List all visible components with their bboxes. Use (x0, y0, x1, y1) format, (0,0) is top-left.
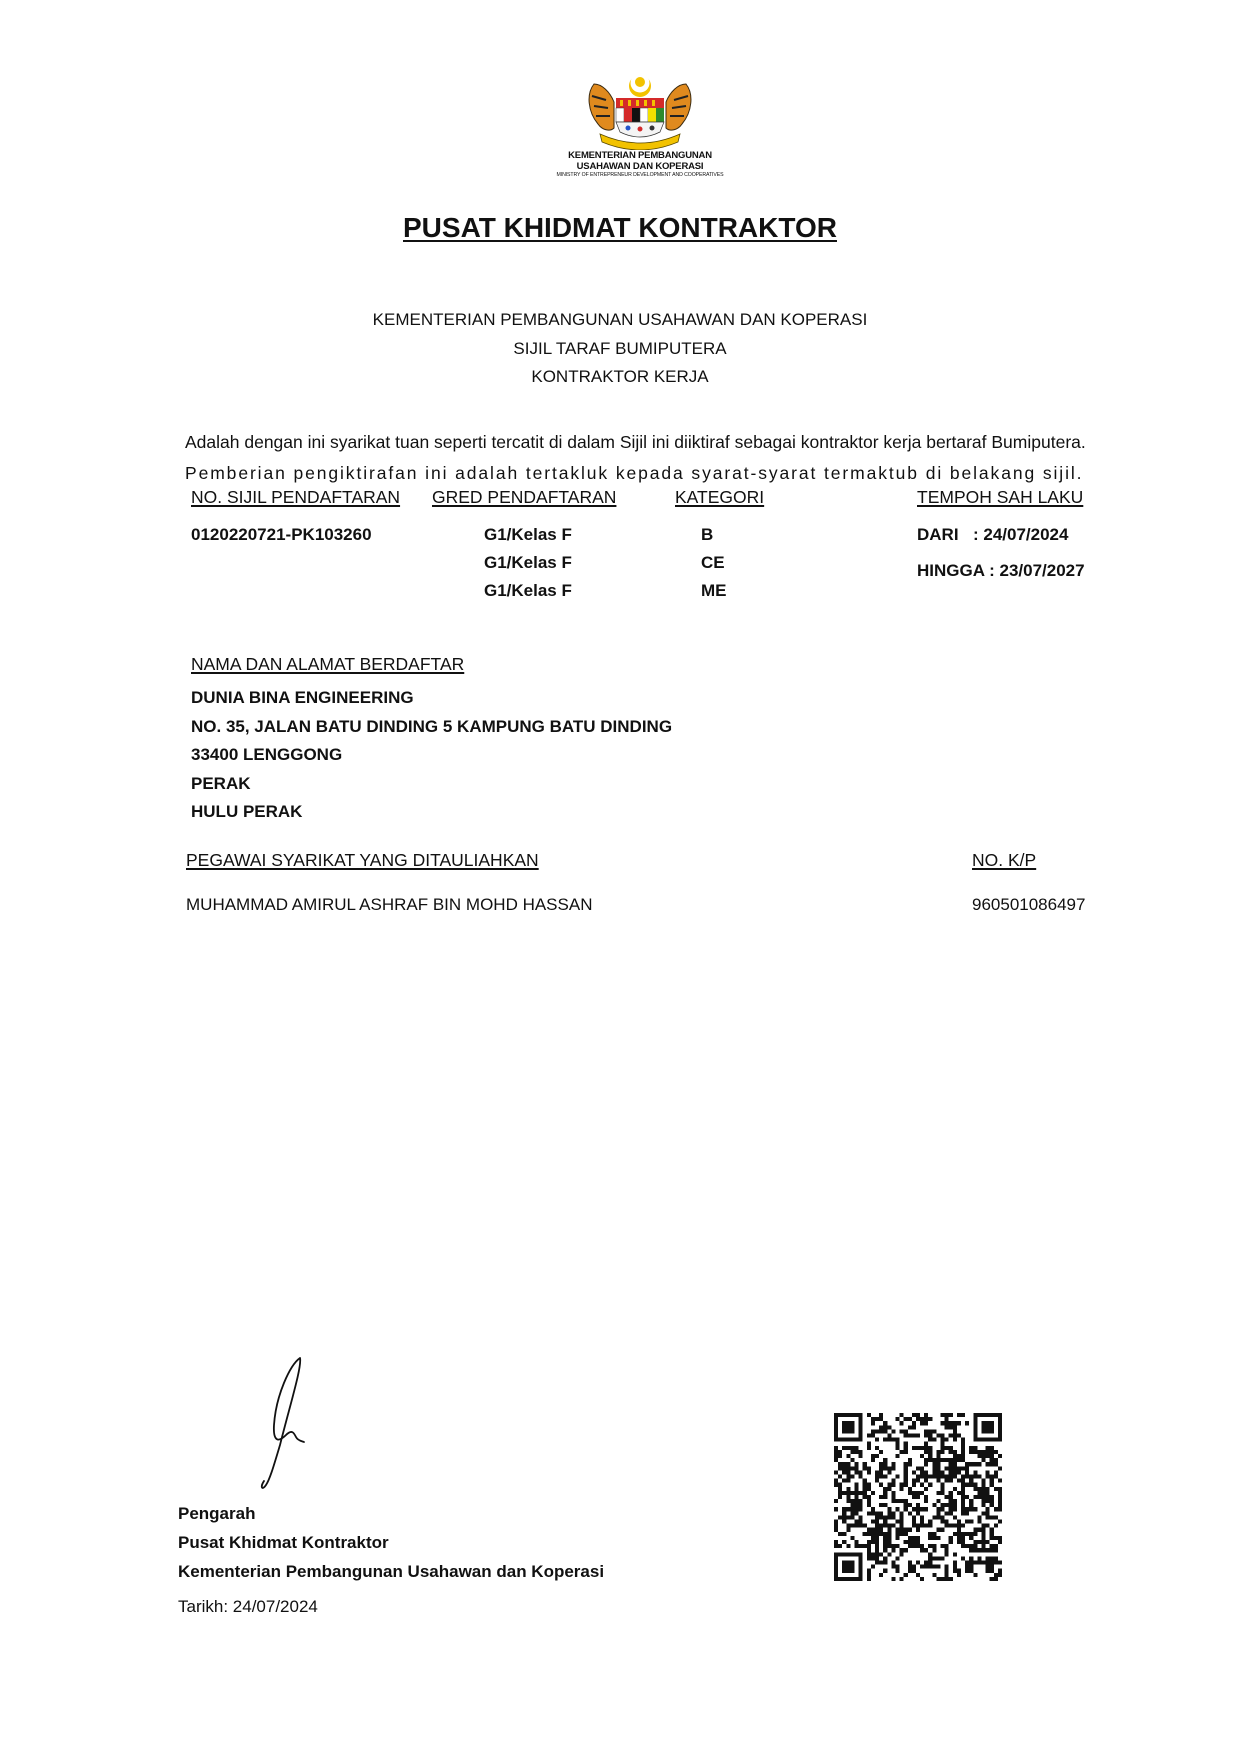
contractor-type: KONTRAKTOR KERJA (0, 363, 1240, 392)
signatory-title: Pengarah (178, 1499, 604, 1528)
qr-code-icon (834, 1413, 1002, 1581)
officer-name: MUHAMMAD AMIRUL ASHRAF BIN MOHD HASSAN (186, 895, 592, 915)
ministry-name: KEMENTERIAN PEMBANGUNAN USAHAWAN DAN KOP… (0, 306, 1240, 335)
validity-from-label: DARI (917, 525, 973, 545)
coat-of-arms-icon (580, 72, 700, 150)
category-item: ME (701, 577, 727, 605)
address-header: NAMA DAN ALAMAT BERDAFTAR (191, 654, 464, 675)
company-name: DUNIA BINA ENGINEERING (191, 684, 672, 713)
validity-from-value: : 24/07/2024 (973, 525, 1068, 544)
ministry-logo: KEMENTERIAN PEMBANGUNAN USAHAWAN DAN KOP… (540, 72, 740, 197)
grade-item: G1/Kelas F (484, 577, 572, 605)
logo-ministry-english: MINISTRY OF ENTREPRENEUR DEVELOPMENT AND… (540, 172, 740, 179)
validity-to-value: : 23/07/2027 (989, 561, 1084, 580)
issue-date: Tarikh: 24/07/2024 (178, 1597, 318, 1617)
signatory-department: Pusat Khidmat Kontraktor (178, 1528, 604, 1557)
certificate-heading: KEMENTERIAN PEMBANGUNAN USAHAWAN DAN KOP… (0, 306, 1240, 392)
signature-icon (240, 1355, 320, 1495)
certificate-name: SIJIL TARAF BUMIPUTERA (0, 335, 1240, 364)
category-item: CE (701, 549, 727, 577)
officer-header: PEGAWAI SYARIKAT YANG DITAULIAHKAN (186, 850, 539, 871)
address-line: NO. 35, JALAN BATU DINDING 5 KAMPUNG BAT… (191, 713, 672, 742)
category-list: B CE ME (701, 521, 727, 605)
intro-line-2: Pemberian pengiktirafan ini adalah terta… (185, 458, 1170, 489)
ic-number: 960501086497 (972, 895, 1085, 915)
ic-header: NO. K/P (972, 850, 1036, 871)
address-block: DUNIA BINA ENGINEERING NO. 35, JALAN BAT… (191, 684, 672, 827)
validity-to-label: HINGGA (917, 561, 984, 580)
logo-ministry-line2: USAHAWAN DAN KOPERASI (540, 161, 740, 172)
intro-paragraph: Adalah dengan ini syarikat tuan seperti … (185, 427, 1170, 489)
validity-to: HINGGA : 23/07/2027 (917, 561, 1085, 581)
category-header: KATEGORI (675, 487, 764, 508)
grade-item: G1/Kelas F (484, 521, 572, 549)
page-title: PUSAT KHIDMAT KONTRAKTOR (0, 212, 1240, 244)
cert-no-value: 0120220721-PK103260 (191, 525, 372, 545)
address-line: PERAK (191, 770, 672, 799)
grade-item: G1/Kelas F (484, 549, 572, 577)
address-line: 33400 LENGGONG (191, 741, 672, 770)
validity-from: DARI: 24/07/2024 (917, 525, 1068, 545)
intro-line-1: Adalah dengan ini syarikat tuan seperti … (185, 427, 1170, 458)
logo-ministry-line1: KEMENTERIAN PEMBANGUNAN (540, 150, 740, 161)
cert-no-header: NO. SIJIL PENDAFTARAN (191, 487, 400, 508)
signatory-block: Pengarah Pusat Khidmat Kontraktor Kement… (178, 1499, 604, 1586)
address-line: HULU PERAK (191, 798, 672, 827)
signatory-ministry: Kementerian Pembangunan Usahawan dan Kop… (178, 1557, 604, 1586)
grade-header: GRED PENDAFTARAN (432, 487, 616, 508)
validity-header: TEMPOH SAH LAKU (917, 487, 1083, 508)
category-item: B (701, 521, 727, 549)
grade-list: G1/Kelas F G1/Kelas F G1/Kelas F (484, 521, 572, 605)
